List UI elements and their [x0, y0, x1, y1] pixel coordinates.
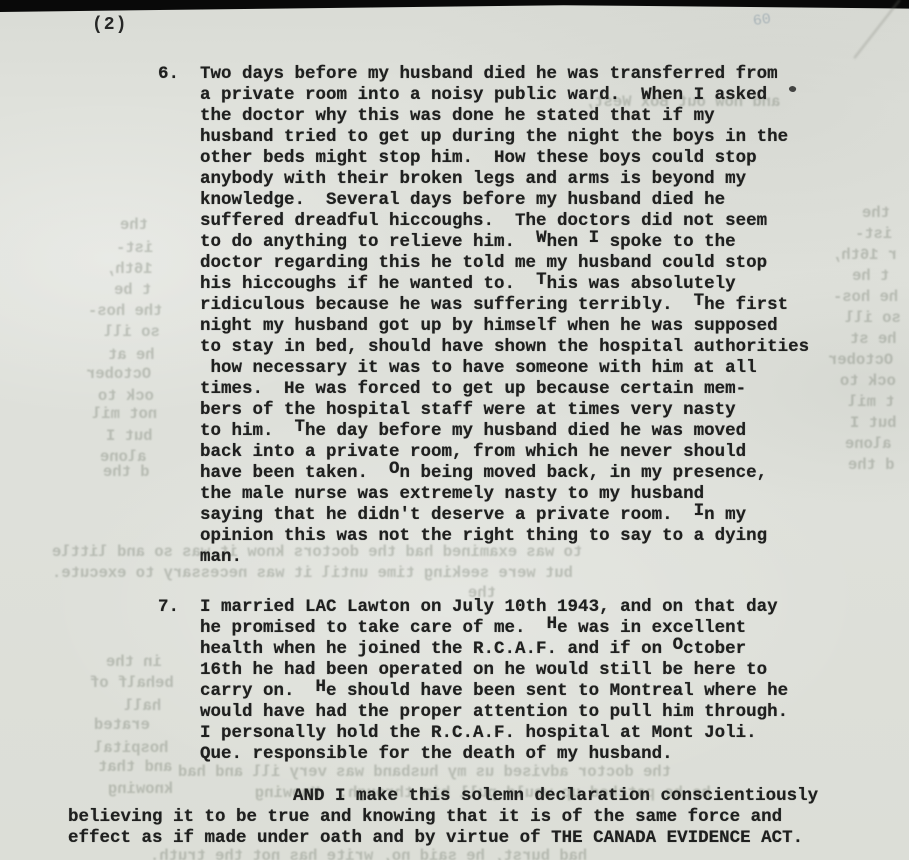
- paragraph-6: 6.Two days before my husband died he was…: [158, 64, 809, 568]
- text-line: I married LAC Lawton on July 10th 1943, …: [200, 597, 788, 618]
- text-line: a private room into a noisy public ward.…: [200, 85, 809, 106]
- text-line: I personally hold the R.C.A.F. hospital …: [200, 723, 788, 744]
- text-line: bers of the hospital staff were at times…: [200, 400, 809, 421]
- text-line: opinion this was not the right thing to …: [200, 526, 809, 547]
- document-body: 6.Two days before my husband died he was…: [0, 0, 909, 860]
- text-line: suffered dreadful hiccoughs. The doctors…: [200, 211, 809, 232]
- text-line: Que. responsible for the death of my hus…: [200, 744, 788, 765]
- paragraph-7: 7.I married LAC Lawton on July 10th 1943…: [158, 597, 788, 765]
- text-line: he promised to take care of me. He was i…: [200, 618, 788, 639]
- text-line: health when he joined the R.C.A.F. and i…: [200, 639, 788, 660]
- raised-character: I: [589, 228, 600, 249]
- paragraph-number: 7.: [158, 597, 200, 765]
- text-line: his hiccoughs if he wanted to. This was …: [200, 274, 809, 295]
- closing-paragraph: AND I make this solemn declaration consc…: [68, 786, 818, 849]
- raised-character: H: [547, 614, 558, 635]
- text-line: to him. The day before my husband died h…: [200, 421, 809, 442]
- raised-character: T: [295, 417, 306, 438]
- text-line: believing it to be true and knowing that…: [68, 807, 818, 828]
- text-line: man.: [200, 547, 809, 568]
- text-line: would have had the proper attention to p…: [200, 702, 788, 723]
- text-line: how necessary it was to have someone wit…: [200, 358, 809, 379]
- text-line: saying that he didn't deserve a private …: [200, 505, 809, 526]
- paragraph-number: 6.: [158, 64, 200, 568]
- text-line: carry on. He should have been sent to Mo…: [200, 681, 788, 702]
- text-line: anybody with their broken legs and arms …: [200, 169, 809, 190]
- raised-character: I: [694, 501, 705, 522]
- text-line: AND I make this solemn declaration consc…: [68, 786, 818, 807]
- text-line: knowledge. Several days before my husban…: [200, 190, 809, 211]
- scanned-document-page: and now out Box West,theist-r 16th,t heh…: [0, 0, 909, 860]
- text-line: effect as if made under oath and by virt…: [68, 828, 818, 849]
- text-line: husband tried to get up during the night…: [200, 127, 809, 148]
- raised-character: H: [316, 677, 327, 698]
- text-line: the doctor why this was done he stated t…: [200, 106, 809, 127]
- raised-character: O: [673, 635, 684, 656]
- text-line: doctor regarding this he told me my husb…: [200, 253, 809, 274]
- text-line: the male nurse was extremely nasty to my…: [200, 484, 809, 505]
- paragraph-lines: I married LAC Lawton on July 10th 1943, …: [200, 597, 788, 765]
- text-line: times. He was forced to get up because c…: [200, 379, 809, 400]
- raised-character: T: [536, 270, 547, 291]
- raised-character: O: [389, 459, 400, 480]
- text-line: to do anything to relieve him. When I sp…: [200, 232, 809, 253]
- text-line: Two days before my husband died he was t…: [200, 64, 809, 85]
- text-line: other beds might stop him. How these boy…: [200, 148, 809, 169]
- text-line: 16th he had been operated on he would st…: [200, 660, 788, 681]
- text-line: have been taken. On being moved back, in…: [200, 463, 809, 484]
- raised-character: W: [536, 228, 547, 249]
- raised-character: T: [694, 291, 705, 312]
- paragraph-lines: Two days before my husband died he was t…: [200, 64, 809, 568]
- text-line: back into a private room, from which he …: [200, 442, 809, 463]
- text-line: night my husband got up by himself when …: [200, 316, 809, 337]
- text-line: to stay in bed, should have shown the ho…: [200, 337, 809, 358]
- text-line: ridiculous because he was suffering terr…: [200, 295, 809, 316]
